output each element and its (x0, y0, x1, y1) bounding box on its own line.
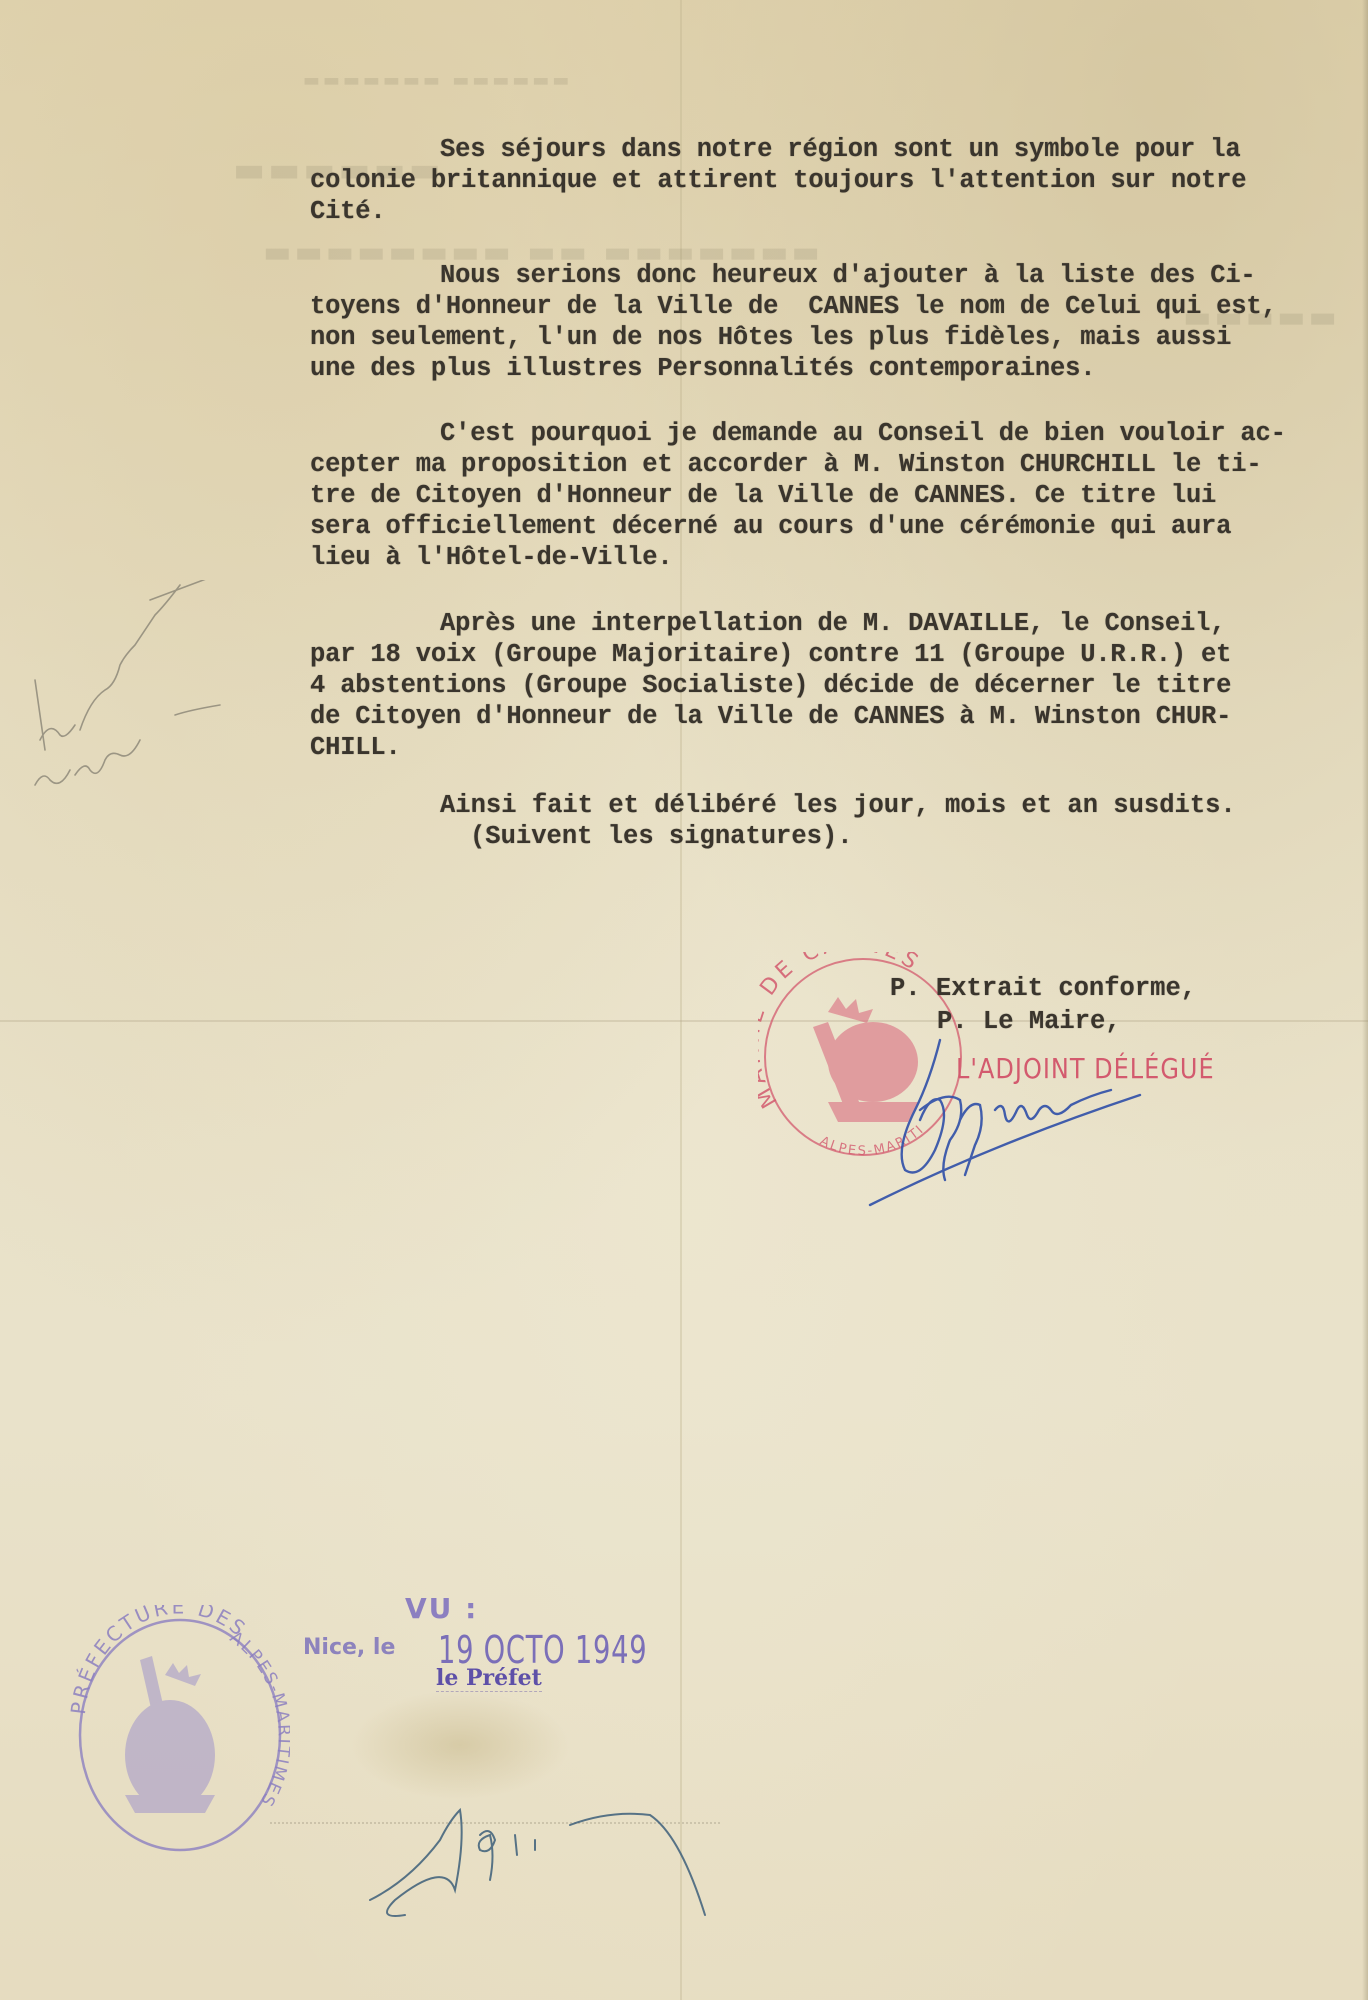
text-line: par 18 voix (Groupe Majoritaire) contre … (310, 639, 1340, 670)
text-line: Après une interpellation de M. DAVAILLE,… (310, 608, 1340, 639)
text-line: Cité. (310, 196, 1340, 227)
text-line: C'est pourquoi je demande au Conseil de … (310, 418, 1340, 449)
text-line: sera officiellement décerné au cours d'u… (310, 511, 1340, 542)
text-line: tre de Citoyen d'Honneur de la Ville de … (310, 480, 1340, 511)
closing-block: Ainsi fait et délibéré les jour, mois et… (440, 790, 1236, 852)
prefet-title: le Préfet (436, 1665, 542, 1692)
paper-edge (1362, 0, 1368, 2000)
prefecture-alpes-maritimes-stamp-icon: PRÉFECTURE DES ALPES-MARITIMES (70, 1605, 290, 1855)
certification-block: P. Extrait conforme, P. Le Maire, (890, 972, 1196, 1038)
text-line: cepter ma proposition et accorder à M. W… (310, 449, 1340, 480)
text-line: 4 abstentions (Groupe Socialiste) décide… (310, 670, 1340, 701)
document-page: ▬▬▬▬▬▬ ▬▬▬▬▬▬▬ ▬▬▬▬▬▬ ▬▬▬▬▬▬▬ ▬▬ ▬▬▬▬▬▬▬… (0, 0, 1368, 2000)
prefet-signature (340, 1800, 720, 1930)
closing-line: (Suivent les signatures). (440, 821, 1236, 852)
svg-text:ALPES-MARITIMES: ALPES-MARITIMES (226, 1627, 290, 1810)
text-line: de Citoyen d'Honneur de la Ville de CANN… (310, 701, 1340, 732)
text-line: toyens d'Honneur de la Ville de CANNES l… (310, 291, 1340, 322)
body-paragraph-1: Ses séjours dans notre région sont un sy… (310, 134, 1340, 227)
body-paragraph-4: Après une interpellation de M. DAVAILLE,… (310, 608, 1340, 763)
svg-text:Le ... conseil ... et ...: Le ... conseil ... et ... (10, 580, 25, 581)
text-line: Ses séjours dans notre région sont un sy… (310, 134, 1340, 165)
text-line: une des plus illustres Personnalités con… (310, 353, 1340, 384)
place-label: Nice, le (303, 1635, 395, 1660)
body-paragraph-3: C'est pourquoi je demande au Conseil de … (310, 418, 1340, 573)
text-line: Nous serions donc heureux d'ajouter à la… (310, 260, 1340, 291)
text-line: CHILL. (310, 732, 1340, 763)
body-paragraph-2: Nous serions donc heureux d'ajouter à la… (310, 260, 1340, 384)
text-line: non seulement, l'un de nos Hôtes les plu… (310, 322, 1340, 353)
text-line: lieu à l'Hôtel-de-Ville. (310, 542, 1340, 573)
adjoint-signature (860, 1030, 1160, 1210)
vu-stamp: VU : (405, 1592, 478, 1625)
paper-stain (350, 1690, 570, 1800)
certification-line: P. Extrait conforme, (890, 972, 1196, 1005)
text-line: colonie britannique et attirent toujours… (310, 165, 1340, 196)
pencil-margin-note: Le ... conseil ... et ... (10, 580, 250, 820)
bleed-through-texture: ▬▬▬▬▬▬ ▬▬▬▬▬▬▬ (300, 70, 569, 91)
closing-line: Ainsi fait et délibéré les jour, mois et… (440, 790, 1236, 821)
